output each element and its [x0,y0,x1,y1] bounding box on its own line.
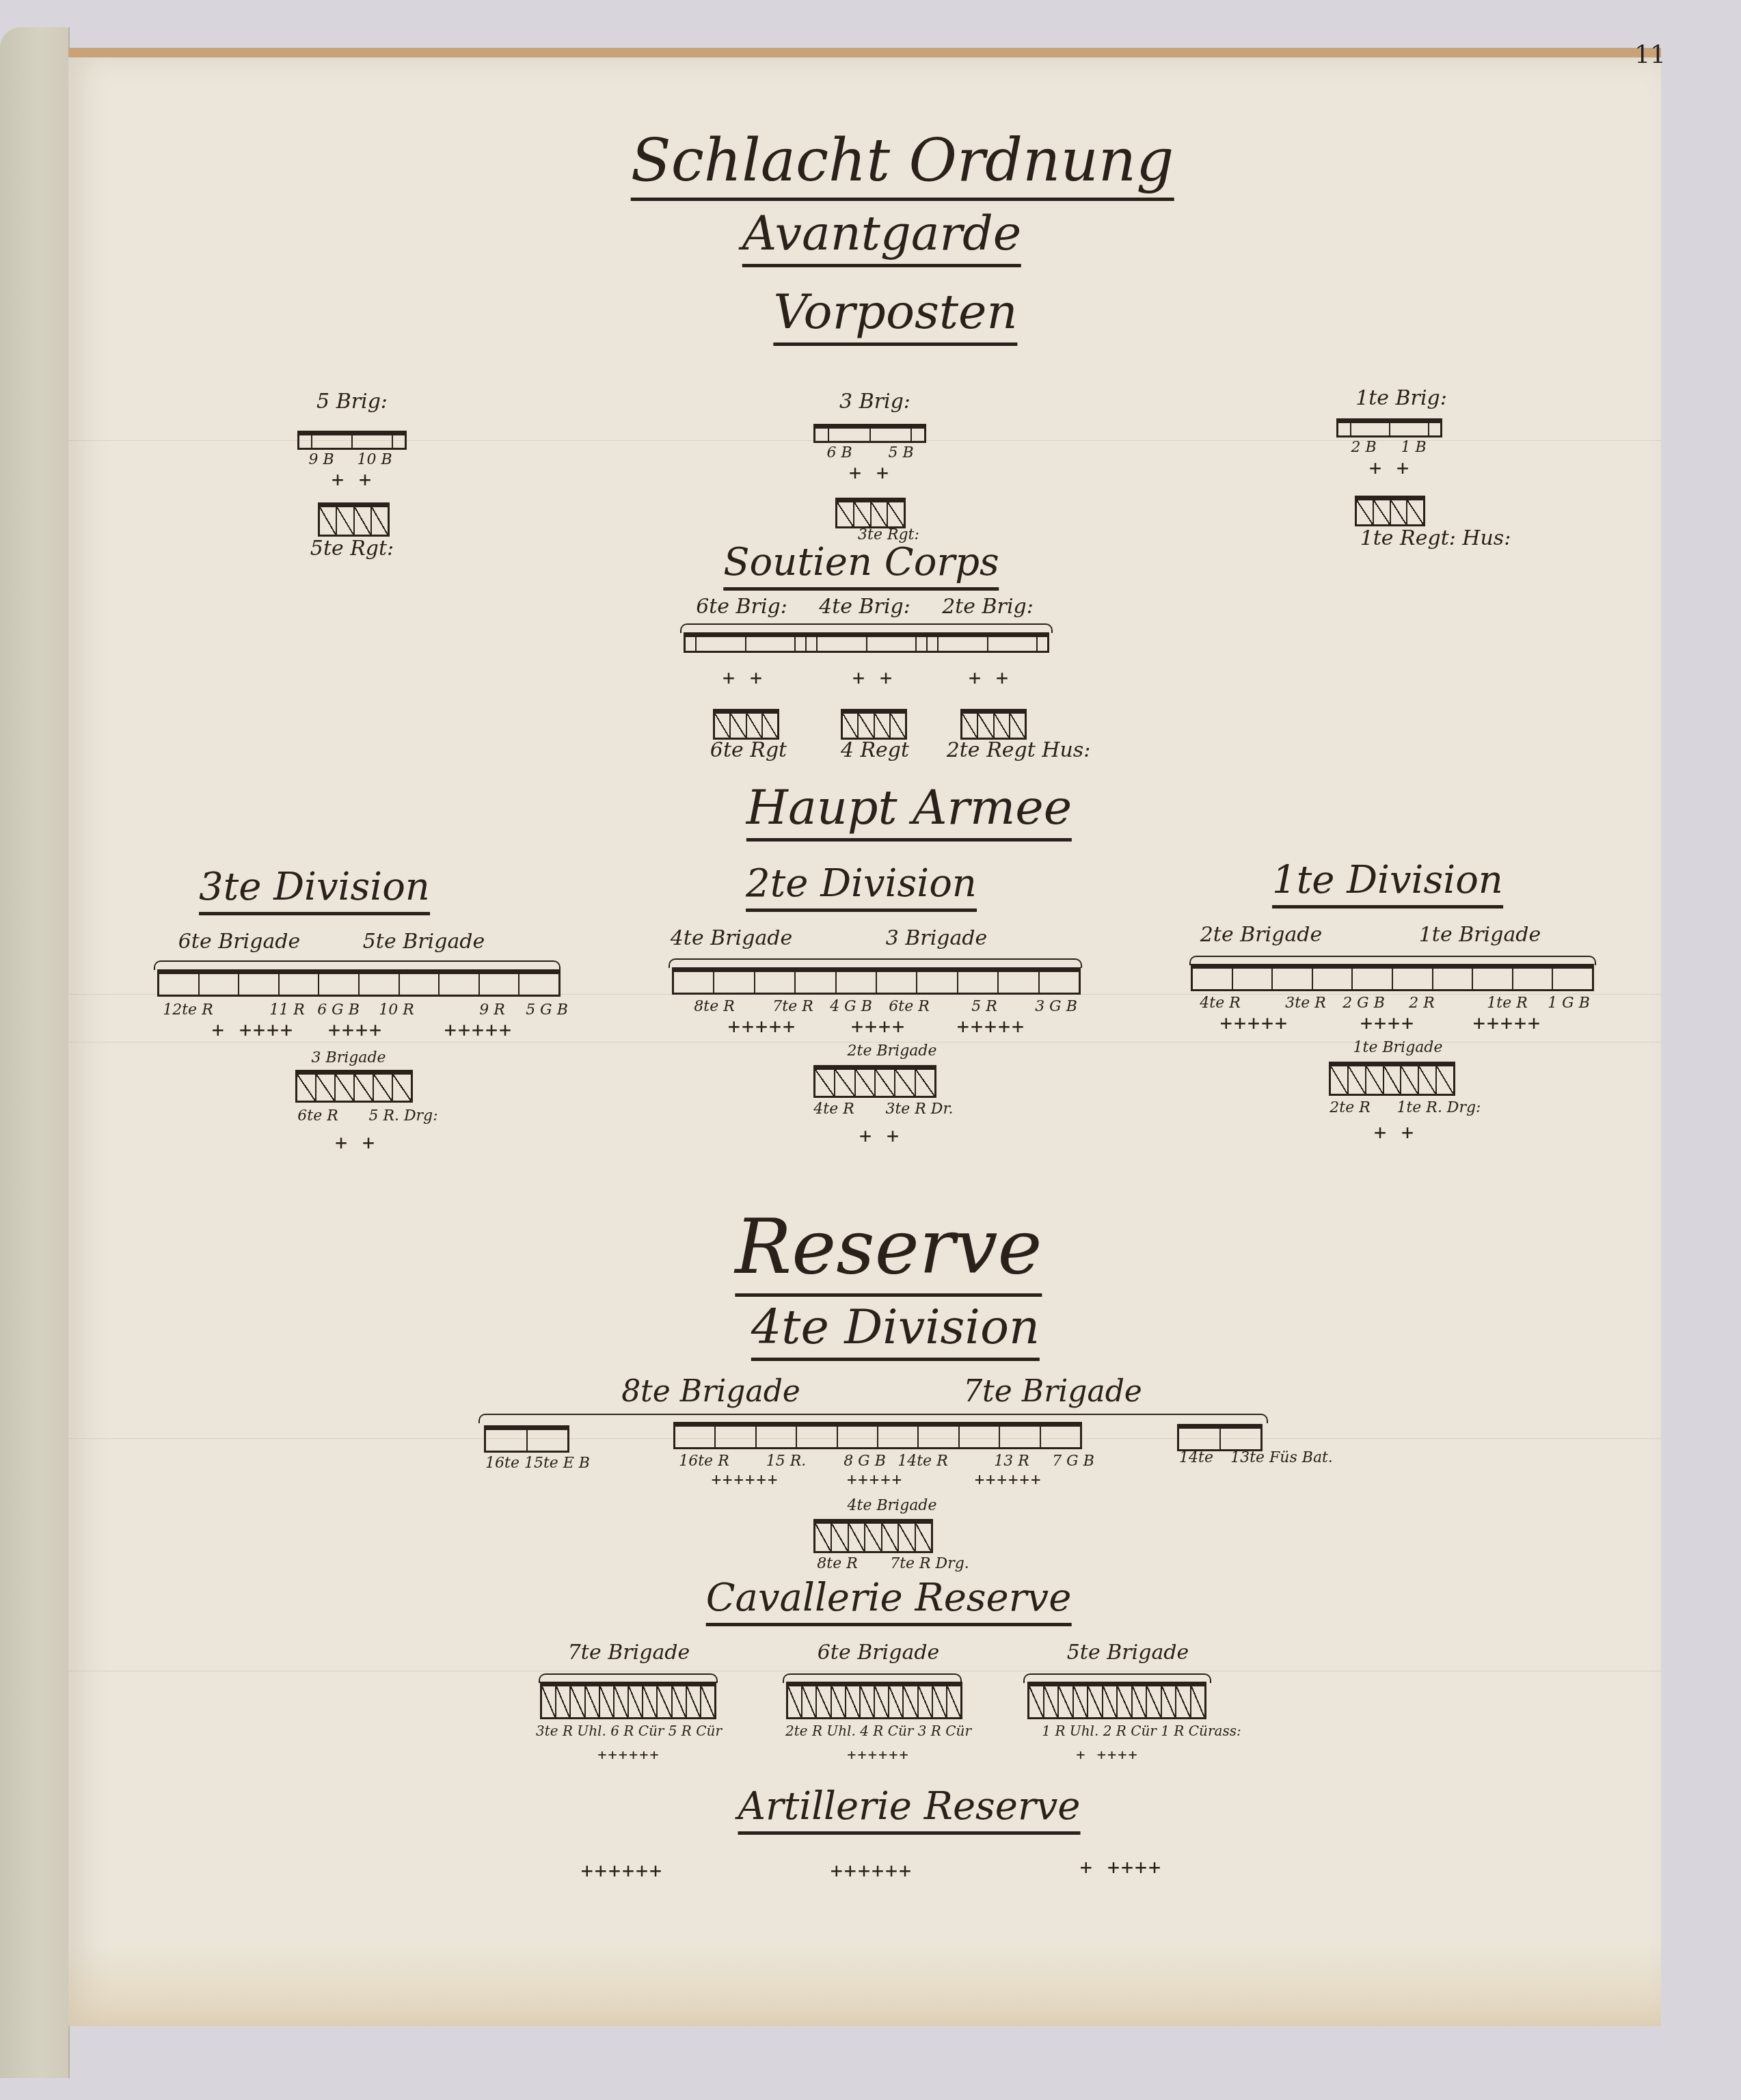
battalion-label: 13te Füs Bat. [1230,1449,1333,1466]
cavalry-block [786,1682,962,1719]
infantry-line [157,969,561,997]
brigade-label: 6te Brig: [696,595,787,619]
cavalry-brigade-label: 1te Brigade [1353,1039,1443,1056]
artillery-symbols: +++++ [957,1015,1025,1039]
regiment-label: 1te R [1487,995,1527,1012]
brigade-label: 5te Brigade [1067,1641,1189,1665]
artillery-symbols: +++++ [444,1019,513,1042]
battalion-label: 1 B [1401,439,1426,456]
infantry-block [813,424,926,443]
battalion-label: 2 B [1351,439,1376,456]
cavalry-label: 6te R [297,1107,338,1125]
battalion-label: 16te [485,1455,519,1472]
brigade-label: 2te Brigade [1200,923,1322,947]
facing-page-edge [0,27,70,2078]
regiment-label: 7 G B [1052,1453,1094,1470]
section-soutien-corps: Soutien Corps [723,540,999,591]
regiment-label: 10 R [379,1001,414,1019]
section-haupt-armee: Haupt Armee [746,779,1072,842]
artillery-symbols: +++++ [847,1470,903,1489]
brace [669,958,1082,968]
page-number: 11 [1634,41,1666,69]
cavalry-label: 7te R Drg. [890,1555,969,1572]
artillery-symbols: ++++++ [597,1747,660,1764]
artillery-symbols: + + [1374,1121,1415,1145]
regiment-label: 1 G B [1548,995,1590,1012]
infantry-line [673,1422,1082,1449]
page-title: Schlacht Ordnung [631,126,1174,201]
regiment-label: 14te R [898,1453,947,1470]
cavalry-block [813,1519,933,1553]
cavalry-block [1355,496,1425,526]
regiment-label: 9 R [479,1001,505,1019]
artillery-symbols: + + [852,667,893,690]
brigade-label: 7te Brigade [568,1641,690,1665]
regiment-label: 8 G B [843,1453,886,1470]
artillery-symbols: + ++++ [1076,1747,1138,1764]
cavalry-block [1027,1682,1206,1719]
brigade-label: 6te Brigade [818,1641,939,1665]
infantry-block [1336,418,1442,437]
cavalry-block [835,498,906,528]
regiment-label: 6 G B [317,1001,360,1019]
artillery-symbols: +++++ [728,1015,796,1039]
artillery-symbols: ++++++ [847,1747,909,1764]
brigade-label: 8te Brigade [621,1374,800,1409]
artillery-symbols: ++++ [1360,1012,1415,1036]
cavalry-label: 4te R [813,1101,854,1118]
reserve-division-title: 4te Division [751,1299,1040,1361]
cavalry-block [841,709,907,740]
regiment-label: 15 R. [766,1453,807,1470]
section-cavallerie-reserve: Cavallerie Reserve [706,1576,1072,1626]
water-stain [68,1944,1661,2026]
brigade-label: 6te Brigade [178,930,300,954]
regiment-label: 7te R [772,998,813,1015]
artillery-symbols: + + [1369,457,1410,481]
section-reserve: Reserve [735,1203,1042,1297]
cavalry-label: 1te R. Drg: [1396,1099,1481,1116]
brigade-label: 1te Brig: [1355,386,1447,410]
regiment-labels: 2te R Uhl. 4 R Cür 3 R Cür [785,1723,971,1739]
brigade-label: 3 Brig: [839,390,910,414]
brigade-label: 4te Brigade [671,926,792,950]
artillery-symbols: +++++ [1220,1012,1288,1036]
artillery-battery: ++++++ [831,1859,913,1883]
artillery-symbols: + + [335,1131,376,1155]
regiment-label: 8te R [694,998,734,1015]
regiment-label: 5 G B [526,1001,568,1019]
cavalry-brigade-label: 4te Brigade [848,1497,937,1514]
battalion-label: 6 B [826,444,852,461]
brigade-label: 4te Brig: [819,595,910,619]
brigade-label: 1te Brigade [1419,923,1541,947]
regiment-label: 3 G B [1035,998,1077,1015]
cavalry-block [1329,1062,1455,1096]
regiment-label: 4te R [1200,995,1240,1012]
artillery-symbols: + + [859,1125,900,1148]
infantry-line [672,967,1081,995]
cavalry-block [960,709,1027,740]
cavalry-label: 8te R [817,1555,857,1572]
section-avantgarde: Avantgarde [742,205,1021,267]
cavalry-label: 3te R Dr. [885,1101,953,1118]
cavalry-brigade-label: 2te Brigade [848,1042,937,1060]
infantry-line [1191,964,1594,991]
battalion-label: 14te [1179,1449,1213,1466]
battalion-label: 15te E B [524,1455,590,1472]
artillery-symbols: +++++ [1473,1012,1541,1036]
battalion-label: 10 B [357,451,392,468]
artillery-symbols: + + [723,667,764,690]
brigade-label: 2te Brig: [942,595,1034,619]
cavalry-block [295,1070,413,1103]
cavalry-label: 5te Rgt: [310,537,394,561]
cavalry-block [540,1682,716,1719]
artillery-battery: + ++++ [1080,1856,1162,1880]
cavalry-brigade-label: 3 Brigade [311,1049,386,1066]
section-vorposten: Vorposten [773,284,1017,346]
battalion-label: 5 B [888,444,913,461]
artillery-symbols: ++++ [851,1015,906,1039]
cavalry-label: 5 R. Drg: [368,1107,437,1125]
regiment-label: 2 G B [1342,995,1385,1012]
brace [680,623,1053,633]
cavalry-label: 2te Regt Hus: [947,738,1091,762]
division-title: 3te Division [199,865,430,915]
division-title: 2te Division [746,861,977,912]
ersatz-battalion-block [484,1425,569,1453]
brigade-label: 3 Brigade [886,926,988,950]
regiment-label: 11 R [269,1001,305,1019]
regiment-label: 16te R [679,1453,729,1470]
cavalry-label: 2te R [1330,1099,1370,1116]
artillery-symbols: + ++++ [212,1019,294,1042]
cavalry-label: 6te Rgt [710,738,787,762]
artillery-symbols: + + [332,468,373,492]
artillery-battery: ++++++ [581,1859,663,1883]
infantry-block [297,431,407,450]
cavalry-label: 4 Regt [841,738,909,762]
brigade-label: 7te Brigade [963,1374,1142,1409]
cavalry-block [813,1065,936,1098]
infantry-line [684,632,1049,653]
brigade-label: 5 Brig: [316,390,388,414]
regiment-label: 12te R [163,1001,213,1019]
division-title: 1te Division [1272,858,1503,908]
artillery-symbols: + + [969,667,1010,690]
battalion-label: 9 B [308,451,334,468]
regiment-label: 13 R [994,1453,1029,1470]
regiment-label: 2 R [1409,995,1435,1012]
artillery-symbols: ++++++ [975,1470,1042,1489]
regiment-labels: 1 R Uhl. 2 R Cür 1 R Cürass: [1042,1723,1241,1739]
cavalry-block [318,502,390,537]
regiment-label: 4 G B [830,998,872,1015]
regiment-label: 6te R [889,998,929,1015]
regiment-label: 3te R [1285,995,1325,1012]
cavalry-label: 1te Regt: Hus: [1360,526,1511,550]
regiment-labels: 3te R Uhl. 6 R Cür 5 R Cür [536,1723,722,1739]
brigade-label: 5te Brigade [363,930,485,954]
artillery-symbols: ++++++ [712,1470,779,1489]
brace [154,960,561,970]
artillery-symbols: + + [849,461,890,485]
section-artillerie-reserve: Artillerie Reserve [738,1784,1081,1835]
cavalry-block [713,709,779,740]
regiment-label: 5 R [971,998,997,1015]
artillery-symbols: ++++ [328,1019,383,1042]
fusilier-battalion-block [1177,1424,1263,1451]
